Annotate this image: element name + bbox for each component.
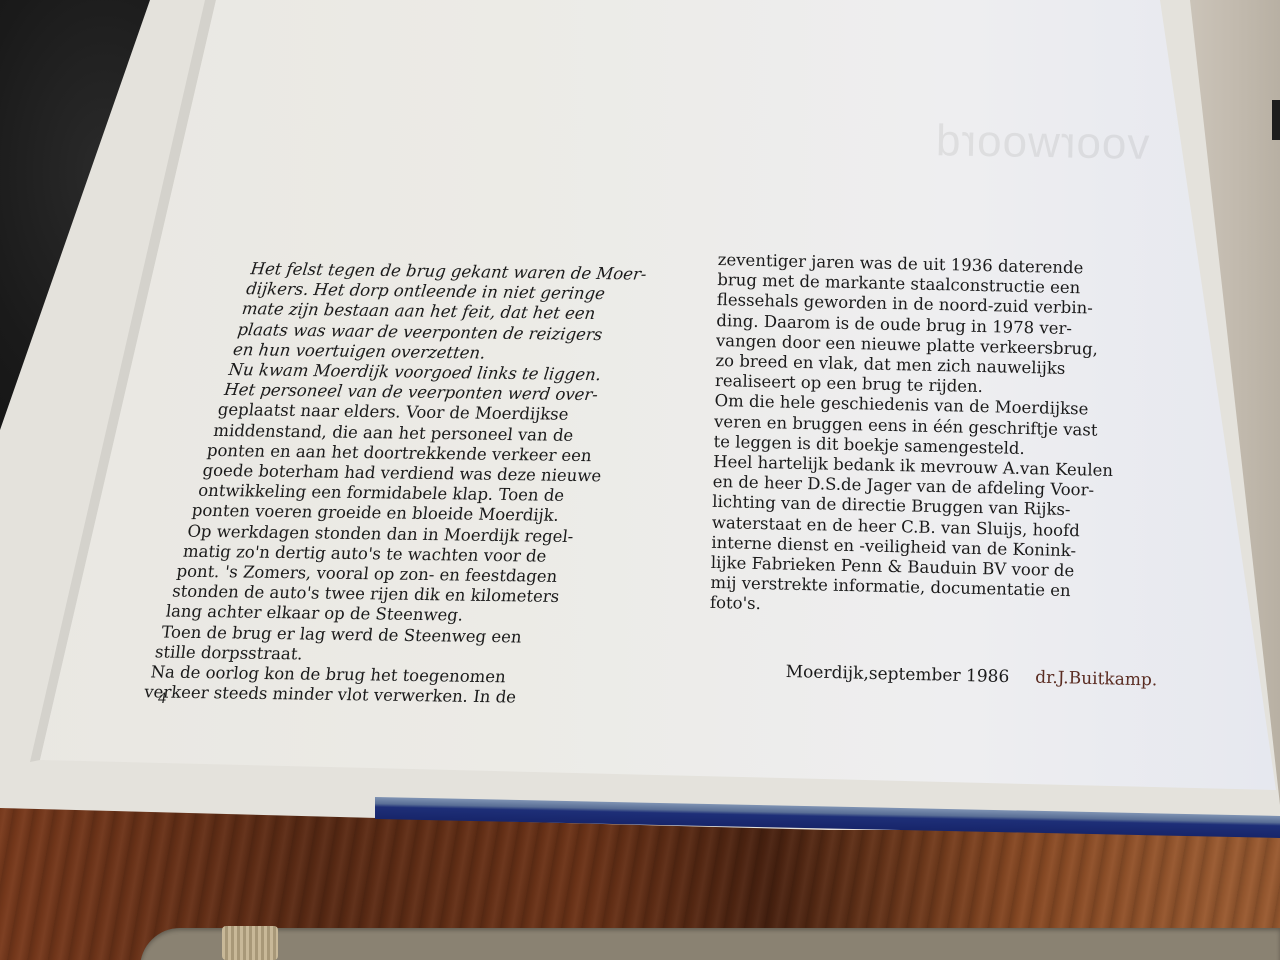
adjacent-book-mark [1272, 100, 1280, 140]
felt-object [140, 928, 1280, 960]
page-number: 4 [158, 690, 166, 708]
show-through-heading: voorwoord [935, 116, 1150, 170]
felt-stitching [222, 926, 278, 960]
author-name: dr.J.Buitkamp. [1035, 668, 1157, 691]
right-text-column: zeventiger jaren was de uit 1936 dateren… [710, 250, 1118, 623]
left-text-column: Het felst tegen de brug gekant waren de … [119, 258, 648, 709]
